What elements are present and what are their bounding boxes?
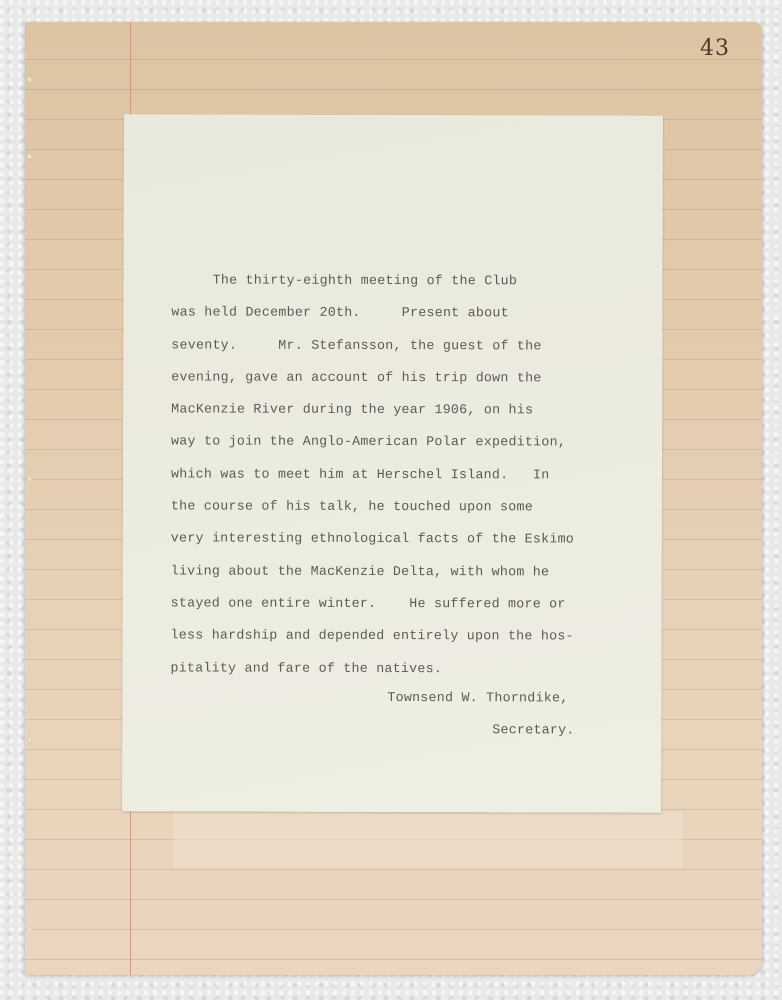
text-line: stayed one entire winter. He suffered mo… <box>171 587 641 621</box>
binding-hole <box>27 927 32 932</box>
text-line: pitality and fare of the natives. <box>170 652 640 686</box>
text-line: which was to meet him at Herschel Island… <box>171 458 641 492</box>
text-line: the course of his talk, he touched upon … <box>171 490 641 524</box>
typed-sheet: The thirty-eighth meeting of the Club wa… <box>122 114 663 812</box>
binding-hole <box>27 77 32 82</box>
body-text: The thirty-eighth meeting of the Club wa… <box>170 264 641 685</box>
text-line: seventy. Mr. Stefansson, the guest of th… <box>171 329 641 363</box>
text-line: less hardship and depended entirely upon… <box>171 620 641 654</box>
text-line: was held December 20th. Present about <box>171 297 641 331</box>
text-line: The thirty-eighth meeting of the Club <box>171 264 641 298</box>
binding-hole <box>27 477 32 482</box>
page-number: 43 <box>700 36 730 61</box>
binding-hole <box>27 737 32 742</box>
text-line: evening, gave an account of his trip dow… <box>171 361 641 395</box>
signature-title: Secretary. <box>492 722 574 737</box>
text-line: very interesting ethnological facts of t… <box>171 523 641 557</box>
signature-name: Townsend W. Thorndike, <box>387 690 568 705</box>
text-line: way to join the Anglo-American Polar exp… <box>171 426 641 460</box>
text-line: living about the MacKenzie Delta, with w… <box>171 555 641 589</box>
paper-imprint <box>173 812 683 867</box>
text-line: MacKenzie River during the year 1906, on… <box>171 394 641 428</box>
binding-hole <box>27 154 32 159</box>
